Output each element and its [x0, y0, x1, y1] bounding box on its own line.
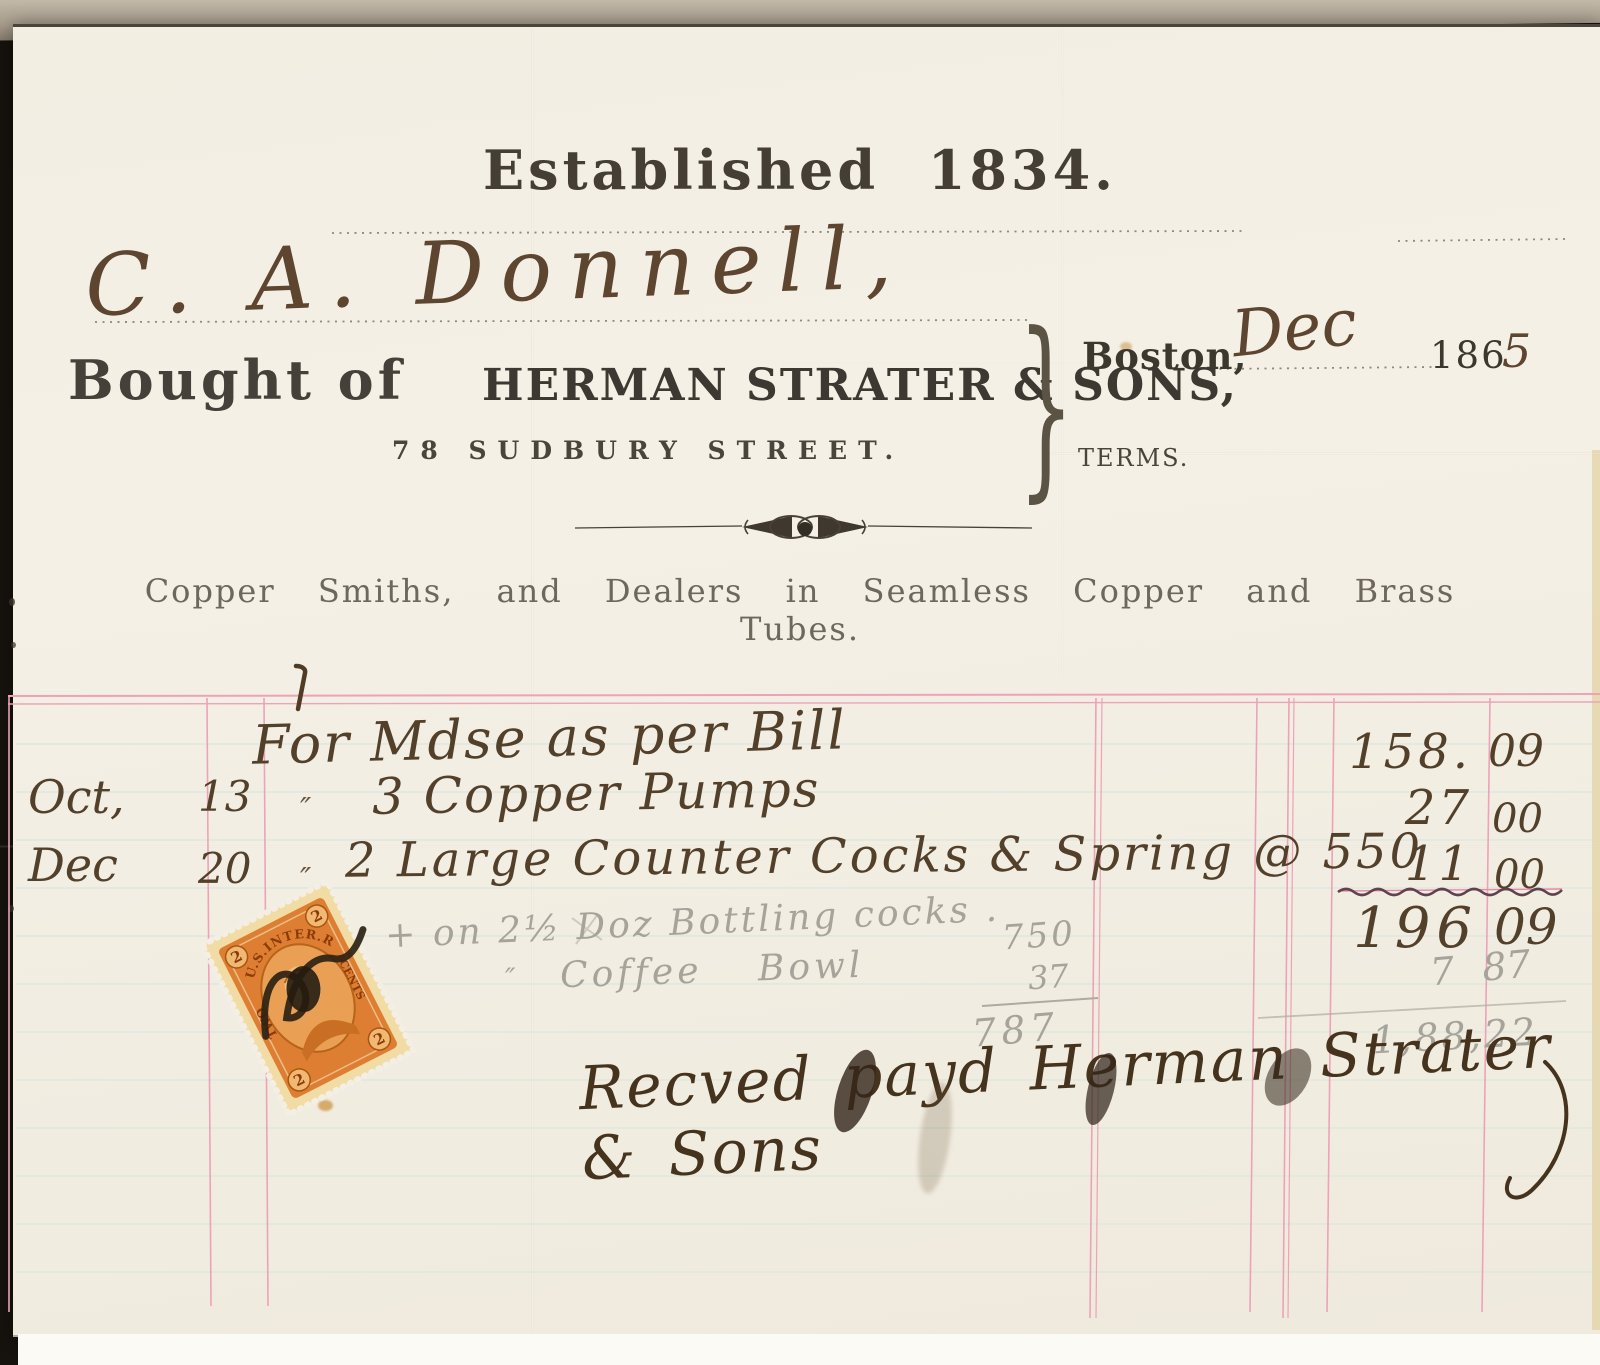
- pencil-note-line1-amount: 750: [1001, 913, 1078, 958]
- ledger-row-month: Dec: [28, 838, 118, 892]
- company-address: 78 SUDBURY STREET.: [392, 436, 904, 465]
- scanned-billhead-document: Established 1834. C. A. Donnell, Bought …: [0, 0, 1600, 1365]
- ledger-row-description: 3 Copper Pumps: [372, 760, 821, 826]
- year-handwritten: 5: [1502, 324, 1531, 378]
- ledger-row-amount-cents: 00: [1494, 852, 1545, 898]
- terms-label: TERMS.: [1078, 444, 1189, 472]
- ledger-row-amount-cents: 00: [1492, 796, 1543, 842]
- ledger-row-amount-dollars: 158.: [1300, 724, 1472, 780]
- ledger-row-ditto: ″: [300, 792, 311, 827]
- year-printed: 186: [1430, 334, 1507, 377]
- date-month-handwritten: Dec: [1228, 286, 1360, 373]
- ledger-row-amount-cents: 09: [1488, 726, 1544, 777]
- bought-of-label: Bought of: [68, 348, 405, 412]
- ornament-divider: [575, 516, 1032, 538]
- ledger-row-day: 13: [198, 772, 251, 821]
- tagline: Copper Smiths, and Dealers in Seamless C…: [100, 572, 1500, 648]
- city-label: Boston,: [1082, 334, 1247, 378]
- established-line: Established 1834.: [0, 138, 1600, 202]
- revenue-stamp: 2 2 2 2 U.S.INTER.REV. TWO CENTS: [178, 848, 448, 1158]
- ledger-row-amount-dollars: 11: [1340, 836, 1472, 892]
- pencil-paid-amount: 7 87: [1428, 942, 1532, 995]
- pencil-note-line2-ditto: ″: [505, 962, 515, 995]
- brace-glyph: }: [1018, 292, 1074, 520]
- ledger-row-month: Oct,: [28, 770, 125, 824]
- pencil-note-line2-amount: 37: [1027, 957, 1070, 998]
- ink-tick: [296, 666, 305, 709]
- ledger-row-description: 2 Large Counter Cocks & Spring @ 550: [345, 823, 1424, 888]
